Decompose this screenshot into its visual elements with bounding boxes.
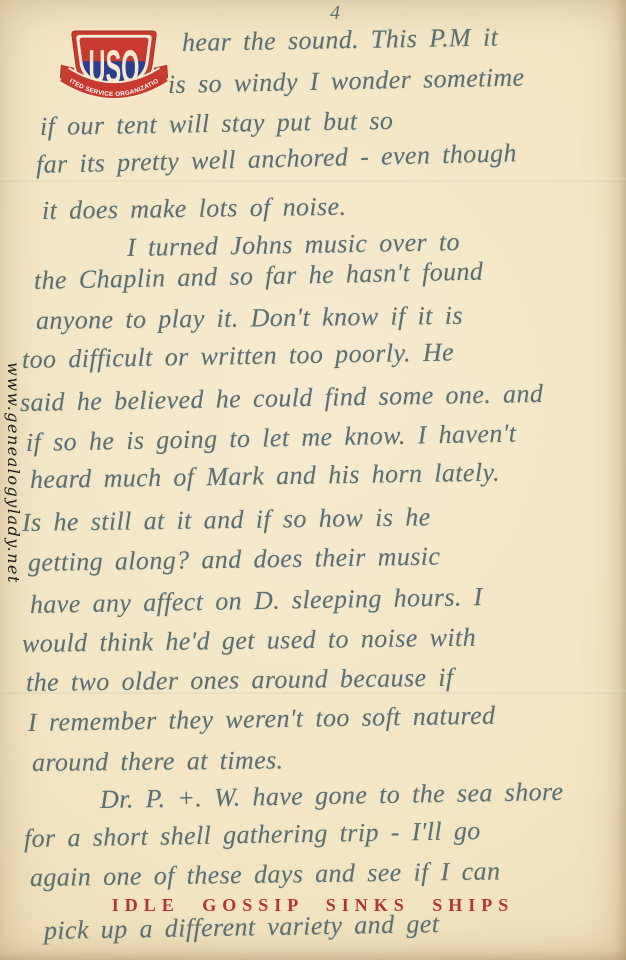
handwritten-line: it does make lots of noise. — [42, 192, 347, 226]
handwritten-line: hear the sound. This P.M it — [182, 22, 499, 58]
handwritten-line: for a short shell gathering trip - I'll … — [24, 816, 481, 854]
fold-crease — [0, 178, 626, 182]
handwritten-line: the two older ones around because if — [26, 663, 454, 698]
handwritten-line: said he believed he could find some one.… — [20, 379, 544, 418]
handwritten-line: I remember they weren't too soft natured — [28, 701, 496, 738]
handwritten-line: heard much of Mark and his horn lately. — [30, 458, 500, 495]
letter-page: USO UNITED SERVICE ORGANIZATIONS 4 www.g… — [0, 0, 626, 960]
handwritten-line: is so windy I wonder sometime — [168, 63, 525, 100]
handwritten-line: far its pretty well anchored - even thou… — [36, 138, 518, 180]
uso-logo-icon: USO UNITED SERVICE ORGANIZATIONS — [60, 28, 168, 118]
handwritten-line: Is he still at it and if so how is he — [22, 502, 431, 538]
handwritten-line: around there at times. — [32, 745, 284, 778]
handwritten-line: Dr. P. +. W. have gone to the sea shore — [100, 777, 564, 815]
handwritten-line: if so he is going to let me know. I have… — [26, 419, 517, 458]
page-number: 4 — [330, 2, 340, 25]
handwritten-line: anyone to play it. Don't know if it is — [36, 301, 463, 336]
handwritten-line: if our tent will stay put but so — [40, 106, 394, 142]
handwritten-line: the Chaplin and so far he hasn't found — [34, 257, 484, 296]
handwritten-line: getting along? and does their music — [28, 542, 441, 578]
handwritten-line: have any affect on D. sleeping hours. I — [30, 582, 483, 620]
handwritten-line: would think he'd get used to noise with — [22, 623, 476, 659]
motto-text: IDLE GOSSIP SINKS SHIPS — [0, 895, 626, 916]
handwritten-line: again one of these days and see if I can — [30, 856, 501, 893]
handwritten-line: too difficult or written too poorly. He — [22, 337, 454, 375]
